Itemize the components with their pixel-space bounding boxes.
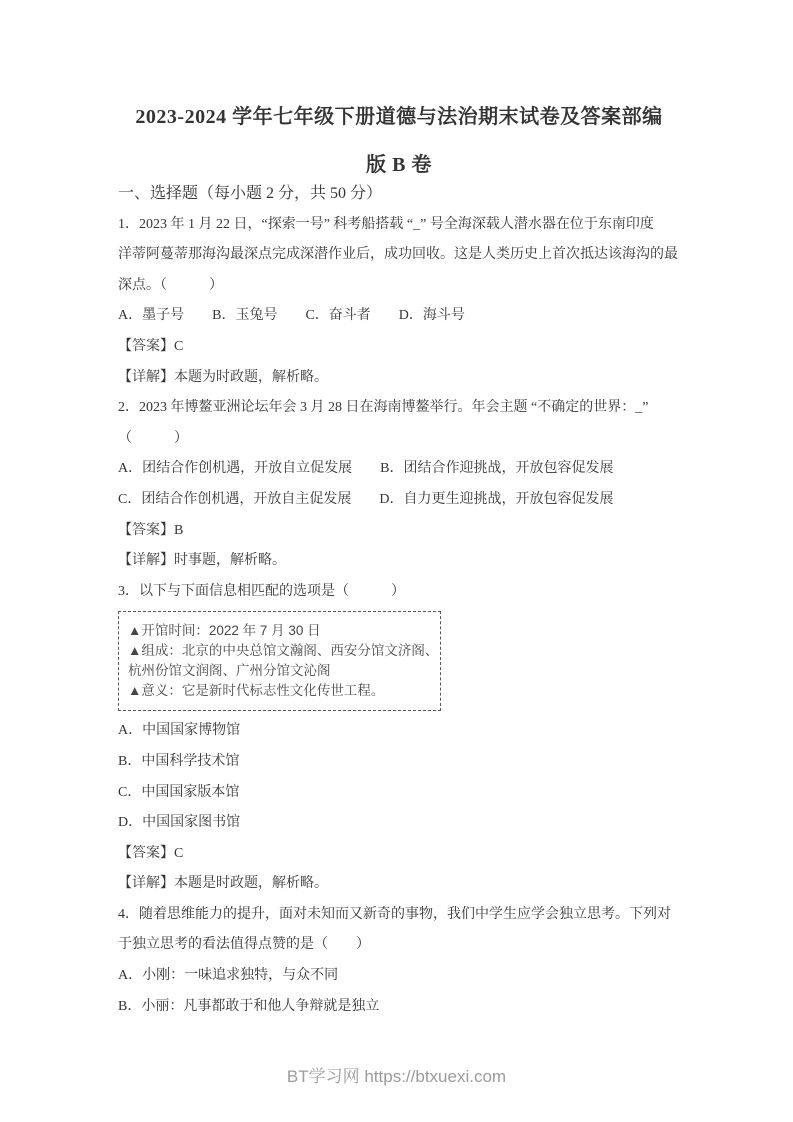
q1-text-line2: 洋蒂阿蔓蒂那海沟最深点完成深潜作业后，成功回收。这是人类历史上首次抵达该海沟的最 [118,240,680,271]
q4-option-a: A．小刚：一味追求独特，与众不同 [118,961,680,992]
info-box-significance: ▲意义：它是新时代标志性文化传世工程。 [128,681,431,701]
q3-option-b: B．中国科学技术馆 [118,747,680,778]
q4-text-line1: 4．随着思维能力的提升，面对未知而又新奇的事物，我们中学生应学会独立思考。下列对 [118,900,680,931]
q2-text-line2: （ ） [118,424,680,455]
info-box-composition-line1: ▲组成：北京的中央总馆文瀚阁、西安分馆文济阁、 [128,641,431,661]
q4-option-b: B．小丽：凡事都敢于和他人争辩就是独立 [118,992,680,1023]
q1-options-line: A．墨子号 B．玉兔号 C．奋斗者 D．海斗号 [118,301,680,332]
info-box-composition-line2: 杭州份馆文润阁、广州分馆文沁阁 [128,661,431,681]
q4-text-line2: 于独立思考的看法值得点赞的是（ ） [118,930,680,961]
q1-answer: 【答案】C [118,332,680,363]
q2-answer: 【答案】B [118,516,680,547]
q3-info-box: ▲开馆时间：2022 年 7 月 30 日 ▲组成：北京的中央总馆文瀚阁、西安分… [118,611,441,711]
q2-options-ab: A．团结合作创机遇，开放自立促发展 B．团结合作迎挑战，开放包容促发展 [118,454,680,485]
q3-option-c: C．中国国家版本馆 [118,778,680,809]
q2-options-cd: C．团结合作创机遇，开放自主促发展 D．自力更生迎挑战，开放包容促发展 [118,485,680,516]
info-box-opening-time: ▲开馆时间：2022 年 7 月 30 日 [128,621,431,641]
q1-text-line1: 1．2023 年 1 月 22 日，“探索一号” 科考船搭载 “_” 号全海深载… [118,210,680,241]
q3-option-a: A．中国国家博物馆 [118,716,680,747]
q1-text-line3: 深点。（ ） [118,271,680,302]
q2-analysis: 【详解】时事题，解析略。 [118,546,680,577]
q1-analysis: 【详解】本题为时政题，解析略。 [118,363,680,394]
document-content: 2023-2024 学年七年级下册道德与法治期末试卷及答案部编 版 B 卷 一、… [118,97,680,1022]
q3-analysis: 【详解】本题是时政题，解析略。 [118,869,680,900]
q3-question-line: 3．以下与下面信息相匹配的选项是（ ） [118,577,680,608]
exam-document-page: 2023-2024 学年七年级下册道德与法治期末试卷及答案部编 版 B 卷 一、… [0,0,793,1122]
q3-answer: 【答案】C [118,839,680,870]
q3-option-d: D．中国国家图书馆 [118,808,680,839]
footer-watermark: BT学习网 https://btxuexi.com [0,1062,793,1092]
q2-text-line1: 2．2023 年博鳌亚洲论坛年会 3 月 28 日在海南博鳌举行。年会主题 “不… [118,393,680,424]
document-title-line1: 2023-2024 学年七年级下册道德与法治期末试卷及答案部编 [118,97,680,137]
